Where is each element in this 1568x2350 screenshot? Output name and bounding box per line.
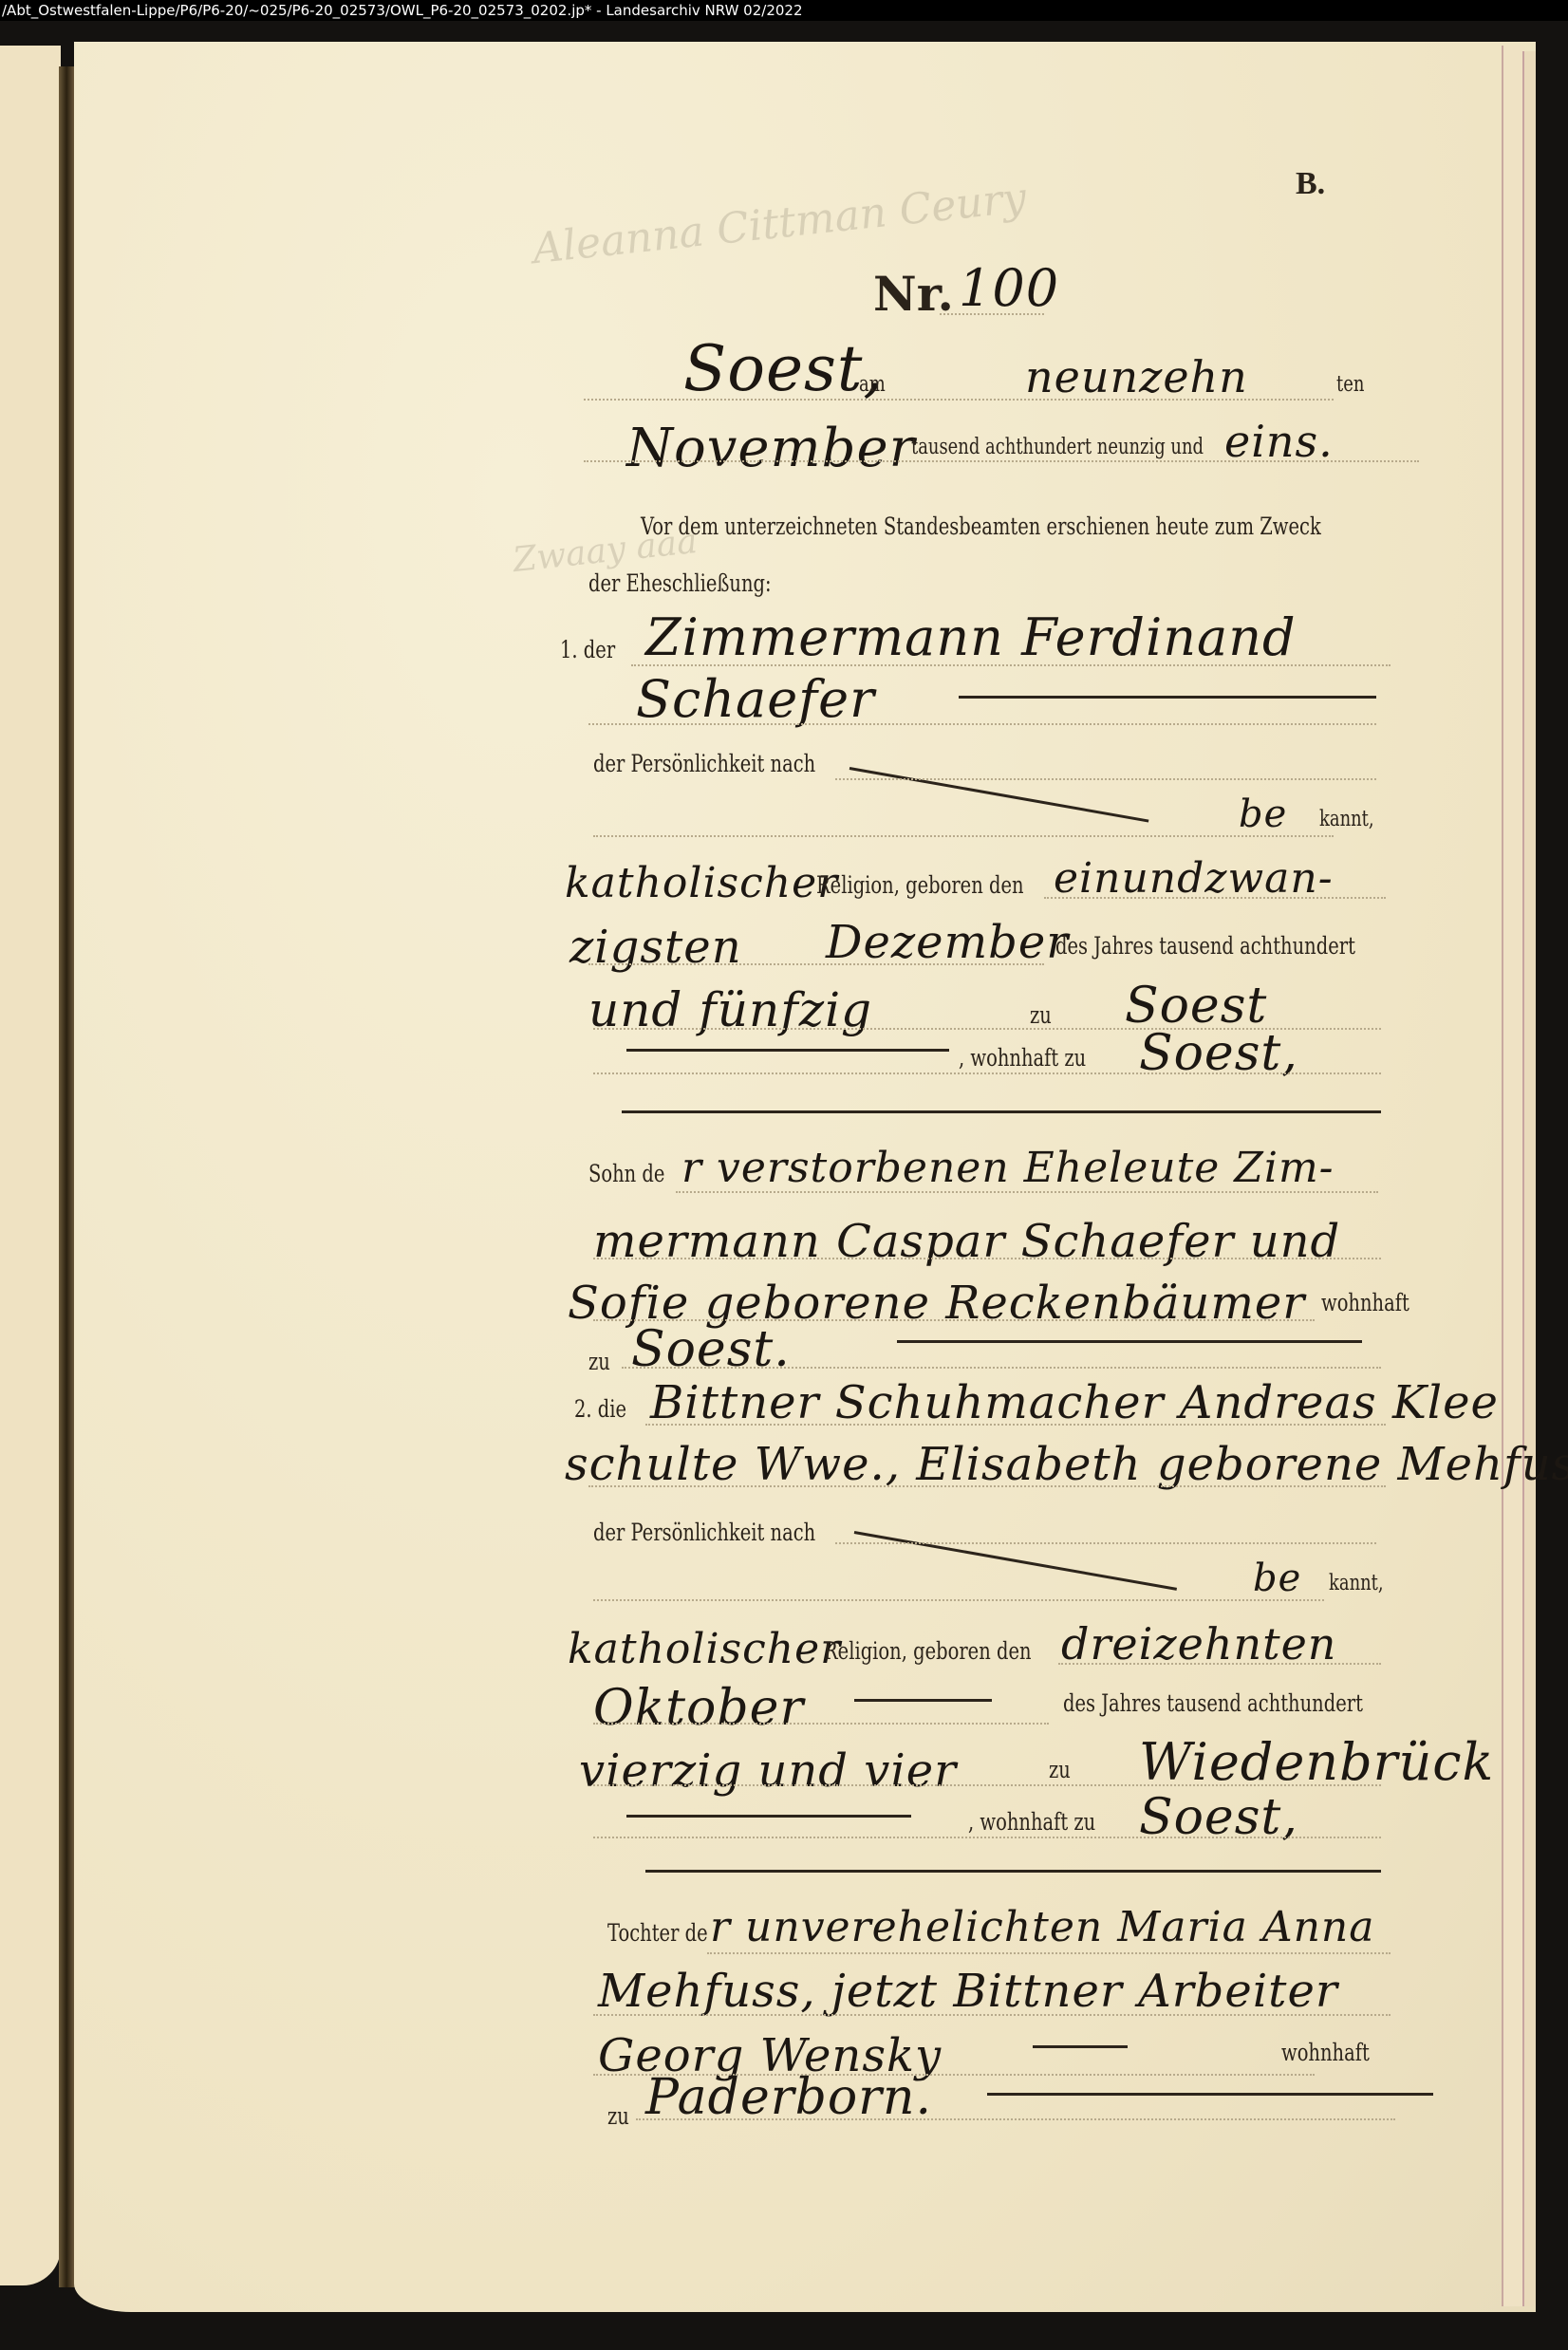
bride-birthplace: Wiedenbrück bbox=[1139, 1732, 1494, 1792]
groom-parents-line-2: mermann Caspar Schaefer und bbox=[593, 1215, 1340, 1268]
bride-parents-line-1: r unverehelichten Maria Anna bbox=[710, 1903, 1375, 1951]
intro-line: Vor dem unterzeichneten Standesbeamten e… bbox=[641, 513, 1321, 540]
left-page-edge bbox=[0, 46, 61, 2285]
dotted-line bbox=[584, 460, 1419, 462]
dotted-line bbox=[940, 313, 1044, 315]
page-stack-edge-outer bbox=[1522, 51, 1536, 2306]
bride-label: 2. die bbox=[574, 1395, 626, 1423]
dotted-line bbox=[584, 399, 1334, 401]
groom-parents-residence-label: wohnhaft bbox=[1321, 1289, 1409, 1316]
section-letter: B. bbox=[1296, 166, 1325, 202]
day-handwritten: neunzehn bbox=[1025, 351, 1248, 402]
bride-residence-label: , wohnhaft zu bbox=[968, 1808, 1095, 1836]
groom-parents-zu-label: zu bbox=[588, 1348, 610, 1375]
bride-parents-zu-label: zu bbox=[607, 2102, 629, 2130]
groom-residence-label: , wohnhaft zu bbox=[959, 1044, 1086, 1072]
bride-known-suffix: kannt, bbox=[1329, 1571, 1384, 1595]
dotted-line bbox=[593, 1723, 1049, 1725]
bride-religion: katholischer bbox=[568, 1625, 841, 1673]
bride-parents-residence-label: wohnhaft bbox=[1281, 2039, 1370, 2066]
bride-known-handwritten: be bbox=[1253, 1557, 1301, 1600]
groom-occupation-name: Zimmermann Ferdinand bbox=[645, 607, 1297, 667]
record-number: 100 bbox=[959, 258, 1059, 318]
groom-birth-day-2: zigsten bbox=[569, 921, 742, 974]
bride-line-1: Bittner Schuhmacher Andreas Klee bbox=[650, 1376, 1499, 1429]
month-handwritten: November bbox=[626, 418, 915, 479]
groom-parents-line-1: r verstorbenen Eheleute Zim- bbox=[681, 1144, 1335, 1192]
place-handwritten: Soest, bbox=[683, 332, 884, 405]
bride-line-2: schulte Wwe., Elisabeth geborene Mehfuss bbox=[565, 1438, 1568, 1491]
bride-birth-year-handwritten: vierzig und vier bbox=[579, 1744, 957, 1798]
dotted-line bbox=[1044, 897, 1386, 899]
dotted-line bbox=[588, 1485, 1386, 1487]
fill-line bbox=[897, 1340, 1362, 1343]
bride-parents-residence: Paderborn. bbox=[645, 2069, 932, 2126]
dotted-line bbox=[636, 2118, 1395, 2120]
fill-line bbox=[622, 1110, 1381, 1113]
dotted-line bbox=[676, 1191, 1378, 1193]
dotted-line bbox=[593, 2014, 1391, 2016]
groom-label: 1. der bbox=[560, 636, 615, 663]
bride-birth-month: Oktober bbox=[593, 1680, 804, 1737]
groom-parents-residence: Soest. bbox=[631, 1321, 791, 1378]
am-label: am bbox=[859, 372, 886, 397]
bride-birth-year-printed: des Jahres tausend achthundert bbox=[1063, 1689, 1363, 1717]
bride-parents-label: Tochter de bbox=[607, 1919, 708, 1947]
groom-birth-year-printed: des Jahres tausend achthundert bbox=[1055, 932, 1355, 960]
groom-birth-month: Dezember bbox=[826, 916, 1069, 969]
page-stack-edge bbox=[1502, 46, 1524, 2306]
bride-parents-line-2: Mehfuss, jetzt Bittner Arbeiter bbox=[598, 1965, 1338, 2018]
fill-line bbox=[987, 2093, 1433, 2096]
bride-identity-label: der Persönlichkeit nach bbox=[593, 1519, 815, 1546]
dotted-line bbox=[593, 1072, 1381, 1074]
dotted-line bbox=[593, 1258, 1381, 1259]
dotted-line bbox=[593, 1599, 1324, 1601]
groom-birthplace-label: zu bbox=[1030, 1001, 1052, 1029]
dotted-line bbox=[622, 1367, 1381, 1369]
fill-line bbox=[626, 1049, 949, 1052]
bride-birth-day: dreizehnten bbox=[1061, 1618, 1336, 1669]
day-suffix: ten bbox=[1336, 372, 1364, 397]
dotted-line bbox=[707, 1952, 1391, 1954]
bride-birthplace-label: zu bbox=[1049, 1756, 1071, 1783]
fill-line bbox=[1033, 2045, 1128, 2048]
year-handwritten: eins. bbox=[1224, 416, 1334, 467]
dotted-line bbox=[593, 835, 1334, 837]
dotted-line bbox=[1058, 1663, 1381, 1665]
fill-line bbox=[645, 1870, 1381, 1873]
dotted-line bbox=[645, 1424, 1386, 1426]
groom-identity-label: der Persönlichkeit nach bbox=[593, 750, 815, 777]
fill-line bbox=[959, 696, 1376, 699]
dotted-line bbox=[588, 723, 1376, 725]
dotted-line bbox=[593, 1837, 1381, 1838]
intro-line-2: der Eheschließung: bbox=[588, 569, 772, 597]
fill-line bbox=[626, 1815, 911, 1818]
window-title: /Abt_Ostwestfalen-Lippe/P6/P6-20/~025/P6… bbox=[2, 2, 803, 19]
groom-known-suffix: kannt, bbox=[1319, 807, 1374, 831]
groom-known-handwritten: be bbox=[1239, 793, 1287, 836]
dotted-line bbox=[588, 963, 1044, 965]
bride-religion-label: Religion, geboren den bbox=[824, 1637, 1032, 1665]
groom-religion: katholischer bbox=[565, 859, 838, 907]
dotted-line bbox=[631, 664, 1391, 666]
year-printed: tausend achthundert neunzig und bbox=[911, 435, 1204, 459]
dotted-line bbox=[593, 1784, 1381, 1786]
dotted-line bbox=[835, 778, 1376, 780]
dotted-line bbox=[835, 1542, 1376, 1544]
groom-surname: Schaefer bbox=[636, 669, 875, 729]
groom-birth-day: einundzwan- bbox=[1054, 854, 1334, 903]
window-title-bar: /Abt_Ostwestfalen-Lippe/P6/P6-20/~025/P6… bbox=[0, 0, 1568, 21]
groom-parents-label: Sohn de bbox=[588, 1160, 664, 1187]
groom-religion-label: Religion, geboren den bbox=[816, 871, 1024, 899]
fill-line bbox=[854, 1699, 992, 1702]
